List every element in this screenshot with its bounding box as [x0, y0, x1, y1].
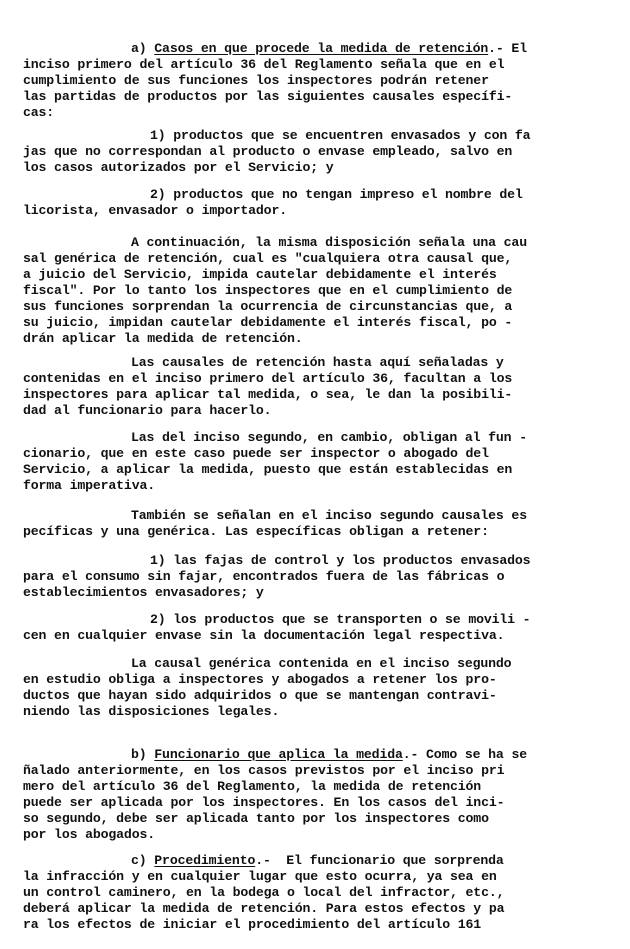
text-line: 1) productos que se encuentren envasados… [150, 128, 530, 144]
section-label: a) [131, 41, 154, 56]
text-line: su juicio, impidan cautelar debidamente … [23, 315, 512, 331]
text-line: 2) productos que no tengan impreso el no… [150, 187, 523, 203]
text-line: mero del artículo 36 del Reglamento, la … [23, 779, 481, 795]
text-line: 2) los productos que se transporten o se… [150, 612, 530, 628]
text-line: drán aplicar la medida de retención. [23, 331, 303, 347]
text-line: cas: [23, 105, 54, 121]
text-line: También se señalan en el inciso segundo … [131, 508, 527, 524]
text-line: cumplimiento de sus funciones los inspec… [23, 73, 489, 89]
text-line: 1) las fajas de control y los productos … [150, 553, 530, 569]
text-line: pecíficas y una genérica. Las específica… [23, 524, 489, 540]
heading-continuation: .- El funcionario que sorprenda [255, 853, 503, 868]
document-page: a) Casos en que procede la medida de ret… [0, 0, 630, 949]
text-line: sal genérica de retención, cual es "cual… [23, 251, 512, 267]
text-line: los casos autorizados por el Servicio; y [23, 160, 334, 176]
text-line: sus funciones sorprendan la ocurrencia d… [23, 299, 512, 315]
section-label: b) [131, 747, 154, 762]
text-line: fiscal". Por lo tanto los inspectores qu… [23, 283, 512, 299]
section-label: c) [131, 853, 154, 868]
text-line: cen en cualquier envase sin la documenta… [23, 628, 504, 644]
text-line: ra los efectos de iniciar el procedimien… [23, 917, 481, 933]
text-line: por los abogados. [23, 827, 155, 843]
text-line: a) Casos en que procede la medida de ret… [131, 41, 527, 57]
heading-continuation: .- El [488, 41, 527, 56]
text-line: niendo las disposiciones legales. [23, 704, 279, 720]
section-heading: Procedimiento [154, 853, 255, 868]
text-line: so segundo, debe ser aplicada tanto por … [23, 811, 489, 827]
text-line: contenidas en el inciso primero del artí… [23, 371, 512, 387]
text-line: inspectores para aplicar tal medida, o s… [23, 387, 512, 403]
text-line: puede ser aplicada por los inspectores. … [23, 795, 504, 811]
text-line: un control caminero, en la bodega o loca… [23, 885, 504, 901]
text-line: en estudio obliga a inspectores y abogad… [23, 672, 497, 688]
text-line: c) Procedimiento.- El funcionario que so… [131, 853, 504, 869]
text-line: licorista, envasador o importador. [23, 203, 287, 219]
text-line: Servicio, a aplicar la medida, puesto qu… [23, 462, 512, 478]
heading-continuation: .- Como se ha se [403, 747, 527, 762]
text-line: Las del inciso segundo, en cambio, oblig… [131, 430, 527, 446]
text-line: La causal genérica contenida en el incis… [131, 656, 511, 672]
text-line: ductos que hayan sido adquiridos o que s… [23, 688, 497, 704]
text-line: ñalado anteriormente, en los casos previ… [23, 763, 504, 779]
text-line: dad al funcionario para hacerlo. [23, 403, 271, 419]
text-line: jas que no correspondan al producto o en… [23, 144, 512, 160]
section-heading: Casos en que procede la medida de retenc… [154, 41, 488, 56]
text-line: para el consumo sin fajar, encontrados f… [23, 569, 504, 585]
text-line: a juicio del Servicio, impida cautelar d… [23, 267, 497, 283]
text-line: Las causales de retención hasta aquí señ… [131, 355, 504, 371]
text-line: las partidas de productos por las siguie… [23, 89, 512, 105]
text-line: la infracción y en cualquier lugar que e… [23, 869, 497, 885]
text-line: A continuación, la misma disposición señ… [131, 235, 527, 251]
text-line: b) Funcionario que aplica la medida.- Co… [131, 747, 527, 763]
text-line: deberá aplicar la medida de retención. P… [23, 901, 504, 917]
text-line: establecimientos envasadores; y [23, 585, 264, 601]
text-line: inciso primero del artículo 36 del Regla… [23, 57, 504, 73]
section-heading: Funcionario que aplica la medida [154, 747, 402, 762]
text-line: forma imperativa. [23, 478, 155, 494]
text-line: cionario, que en este caso puede ser ins… [23, 446, 489, 462]
